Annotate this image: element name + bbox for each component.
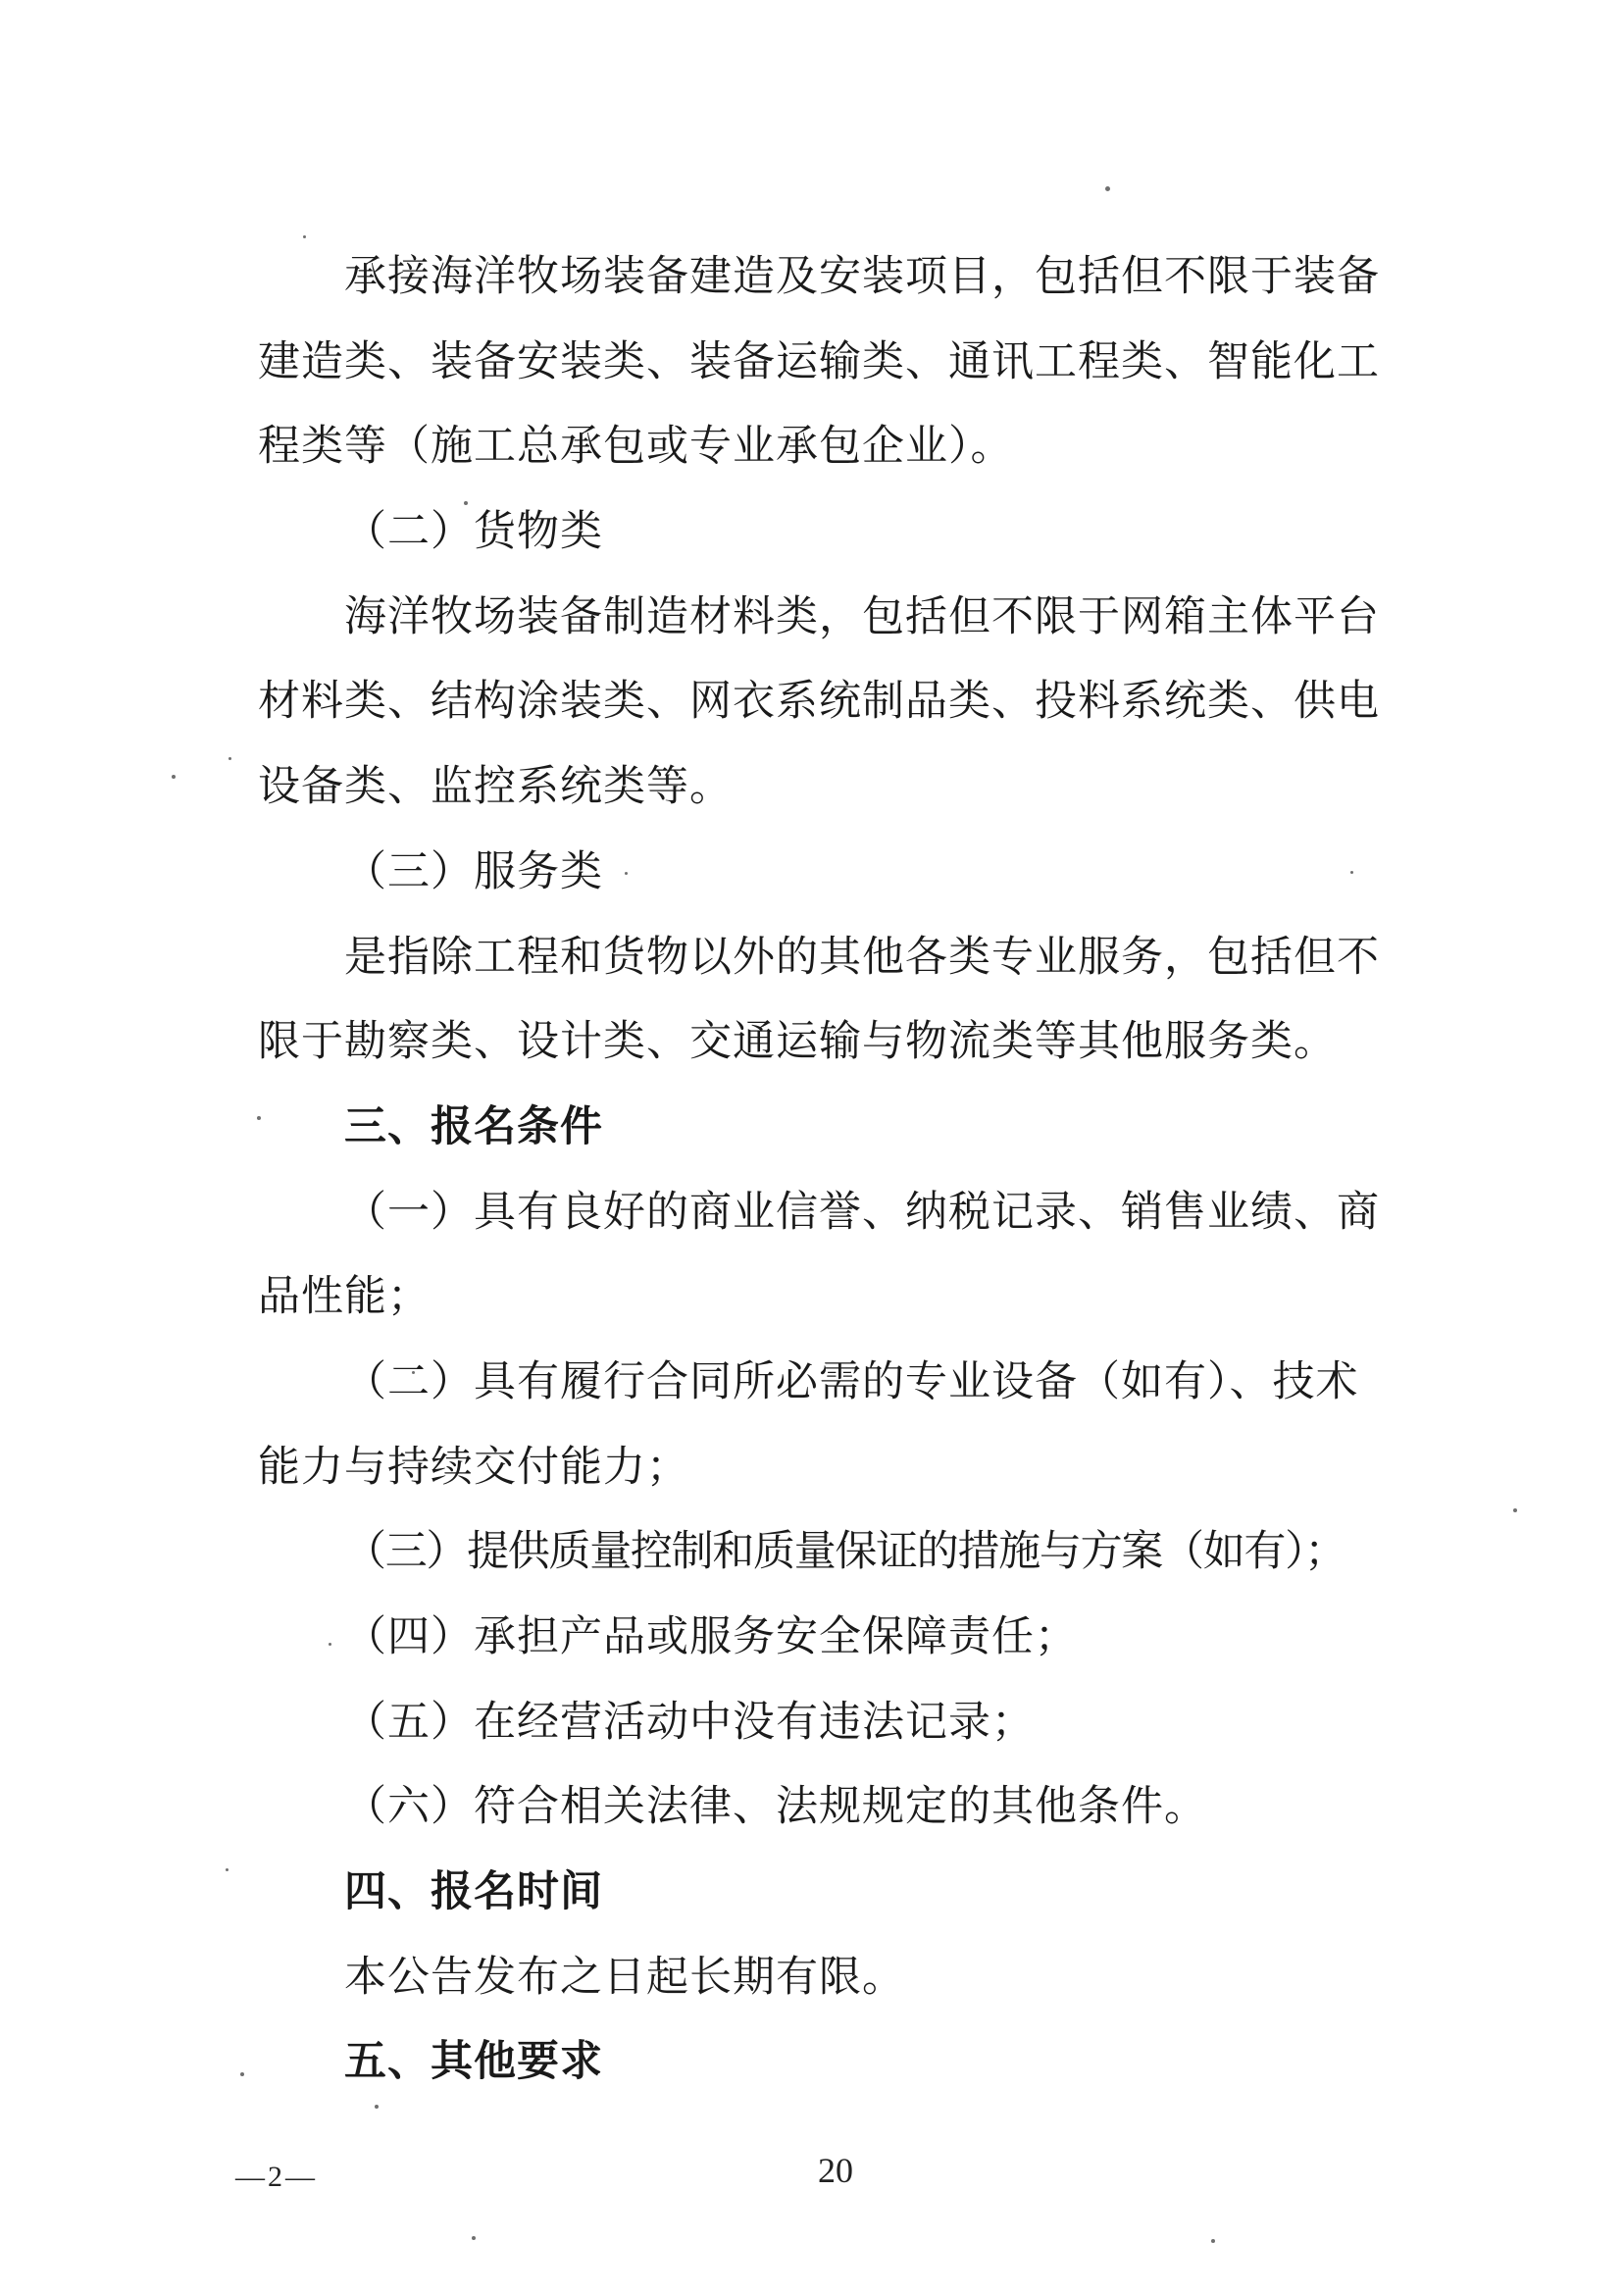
scan-speck: [1513, 1508, 1517, 1512]
scan-speck: [472, 2236, 476, 2240]
section-heading: 五、其他要求: [258, 2020, 1386, 2106]
scan-speck: [375, 2105, 379, 2109]
document-line: （一）具有良好的商业信誉、纳税记录、销售业绩、商: [258, 1171, 1386, 1256]
document-line: （五）在经营活动中没有违法记录；: [258, 1681, 1386, 1766]
footer-page-number: 20: [818, 2150, 853, 2191]
section-heading: 三、报名条件: [258, 1086, 1386, 1171]
scan-speck: [412, 1371, 415, 1374]
scan-speck: [625, 872, 628, 875]
document-line: 建造类、装备安装类、装备运输类、通讯工程类、智能化工: [258, 321, 1386, 406]
scan-speck: [240, 2072, 244, 2076]
document-line: 限于勘察类、设计类、交通运输与物流类等其他服务类。: [258, 1000, 1386, 1086]
scanned-document-page: 承接海洋牧场装备建造及安装项目，包括但不限于装备建造类、装备安装类、装备运输类、…: [0, 0, 1624, 2293]
scan-speck: [329, 1643, 331, 1646]
scan-speck: [228, 757, 231, 760]
document-line: （三）提供质量控制和质量保证的措施与方案（如有）；: [258, 1510, 1386, 1596]
document-line: 是指除工程和货物以外的其他各类专业服务，包括但不: [258, 916, 1386, 1001]
scan-speck: [303, 235, 306, 238]
scan-speck: [464, 501, 468, 505]
scan-speck: [257, 1116, 261, 1120]
scan-speck: [1105, 186, 1110, 191]
footer-page-label: —2—: [235, 2161, 318, 2194]
document-body: 承接海洋牧场装备建造及安装项目，包括但不限于装备建造类、装备安装类、装备运输类、…: [258, 235, 1386, 2106]
scan-speck: [172, 775, 176, 779]
document-line: 海洋牧场装备制造材料类，包括但不限于网箱主体平台: [258, 576, 1386, 661]
document-line: （二）货物类: [258, 490, 1386, 576]
scan-speck: [1350, 871, 1353, 874]
document-line: 本公告发布之日起长期有限。: [258, 1936, 1386, 2021]
document-line: 设备类、监控系统类等。: [258, 745, 1386, 831]
document-line: 材料类、结构涂装类、网衣系统制品类、投料系统类、供电: [258, 660, 1386, 745]
document-line: （三）服务类: [258, 831, 1386, 916]
scan-speck: [1211, 2239, 1215, 2243]
document-line: 能力与持续交付能力；: [258, 1426, 1386, 1511]
scan-speck: [226, 1868, 228, 1871]
document-line: （二）具有履行合同所必需的专业设备（如有）、技术: [258, 1341, 1386, 1426]
section-heading: 四、报名时间: [258, 1851, 1386, 1936]
document-line: 品性能；: [258, 1255, 1386, 1341]
document-line: （四）承担产品或服务安全保障责任；: [258, 1596, 1386, 1681]
document-line: 程类等（施工总承包或专业承包企业）。: [258, 405, 1386, 490]
document-line: （六）符合相关法律、法规规定的其他条件。: [258, 1765, 1386, 1851]
document-line: 承接海洋牧场装备建造及安装项目，包括但不限于装备: [258, 235, 1386, 321]
